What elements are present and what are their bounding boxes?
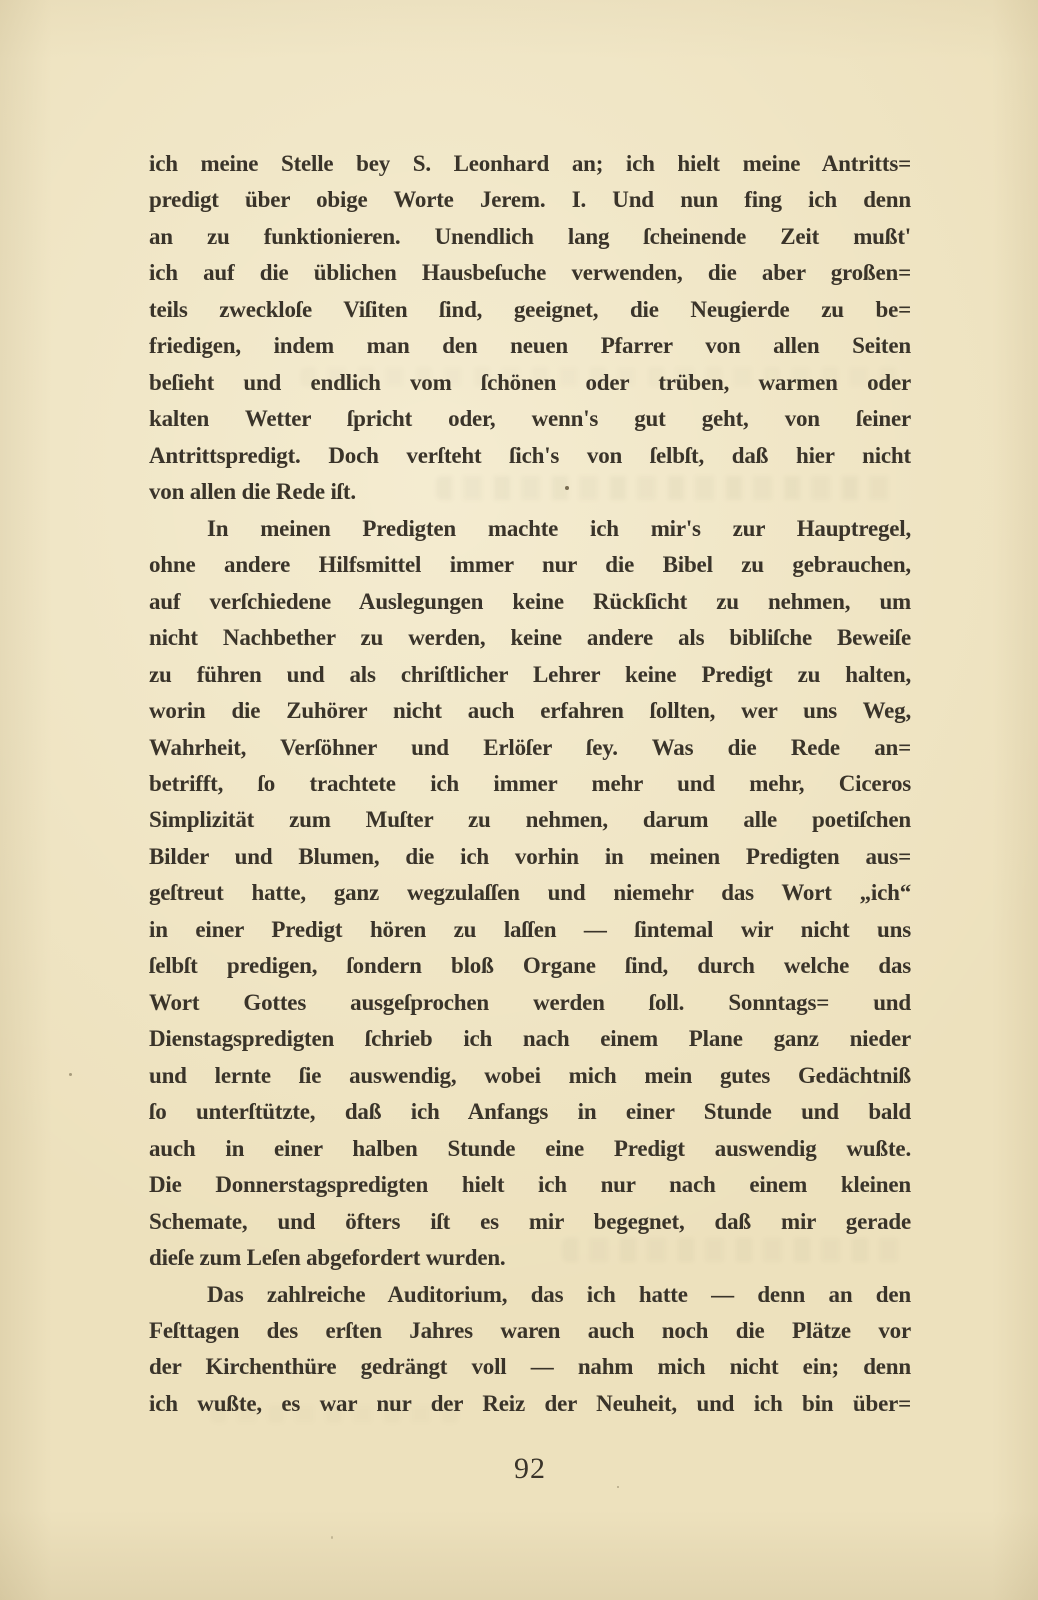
paper-speck xyxy=(69,1073,72,1076)
book-page: ich meine Stelle bey S. Leonhard an; ich… xyxy=(0,0,1038,1600)
text-line: beſieht und endlich vom ſchönen oder trü… xyxy=(149,365,911,401)
text-line: Antrittspredigt. Doch verſteht ſich's vo… xyxy=(149,438,911,474)
text-line: ohne andere Hilfsmittel immer nur die Bi… xyxy=(149,547,911,583)
text-line: von allen die Rede iſt. xyxy=(149,474,911,510)
text-line: worin die Zuhörer nicht auch erfahren ſo… xyxy=(149,693,911,729)
text-line: friedigen, indem man den neuen Pfarrer v… xyxy=(149,328,911,364)
paper-speck xyxy=(331,1536,333,1539)
text-line: kalten Wetter ſpricht oder, wenn's gut g… xyxy=(149,401,911,437)
text-line: geſtreut hatte, ganz wegzulaſſen und nie… xyxy=(149,875,911,911)
text-line: betrifft, ſo trachtete ich immer mehr un… xyxy=(149,766,911,802)
text-block: ich meine Stelle bey S. Leonhard an; ich… xyxy=(149,146,911,1422)
text-line: Simplizität zum Muſter zu nehmen, darum … xyxy=(149,802,911,838)
page-number: 92 xyxy=(149,1452,911,1486)
text-line: Die Donnerstagspredigten hielt ich nur n… xyxy=(149,1167,911,1203)
text-line: ſo unterſtützte, daß ich Anfangs in eine… xyxy=(149,1094,911,1130)
text-line: ich auf die üblichen Hausbeſuche verwend… xyxy=(149,255,911,291)
text-line: nicht Nachbether zu werden, keine andere… xyxy=(149,620,911,656)
text-line: Dienstagspredigten ſchrieb ich nach eine… xyxy=(149,1021,911,1057)
text-line: ich meine Stelle bey S. Leonhard an; ich… xyxy=(149,146,911,182)
text-line: Schemate, und öfters iſt es mir begegnet… xyxy=(149,1204,911,1240)
text-line: teils zweckloſe Viſiten ſind, geeignet, … xyxy=(149,292,911,328)
text-line: ich wußte, es war nur der Reiz der Neuhe… xyxy=(149,1386,911,1422)
text-line: Das zahlreiche Auditorium, das ich hatte… xyxy=(149,1277,911,1313)
text-line: In meinen Predigten machte ich mir's zur… xyxy=(149,511,911,547)
text-line: Wahrheit, Verſöhner und Erlöſer ſey. Was… xyxy=(149,730,911,766)
text-line: Feſttagen des erſten Jahres waren auch n… xyxy=(149,1313,911,1349)
text-line: auch in einer halben Stunde eine Predigt… xyxy=(149,1131,911,1167)
text-line: der Kirchenthüre gedrängt voll — nahm mi… xyxy=(149,1349,911,1385)
text-line: auf verſchiedene Auslegungen keine Rückſ… xyxy=(149,584,911,620)
text-line: in einer Predigt hören zu laſſen — ſinte… xyxy=(149,912,911,948)
text-line: zu führen und als chriſtlicher Lehrer ke… xyxy=(149,657,911,693)
text-line: und lernte ſie auswendig, wobei mich mei… xyxy=(149,1058,911,1094)
text-line: an zu funktionieren. Unendlich lang ſche… xyxy=(149,219,911,255)
text-line: ſelbſt predigen, ſondern bloß Organe ſin… xyxy=(149,948,911,984)
text-line: predigt über obige Worte Jerem. I. Und n… xyxy=(149,182,911,218)
text-line: Bilder und Blumen, die ich vorhin in mei… xyxy=(149,839,911,875)
text-line: dieſe zum Leſen abgefordert wurden. xyxy=(149,1240,911,1276)
text-line: Wort Gottes ausgeſprochen werden ſoll. S… xyxy=(149,985,911,1021)
paper-speck xyxy=(617,1486,619,1488)
